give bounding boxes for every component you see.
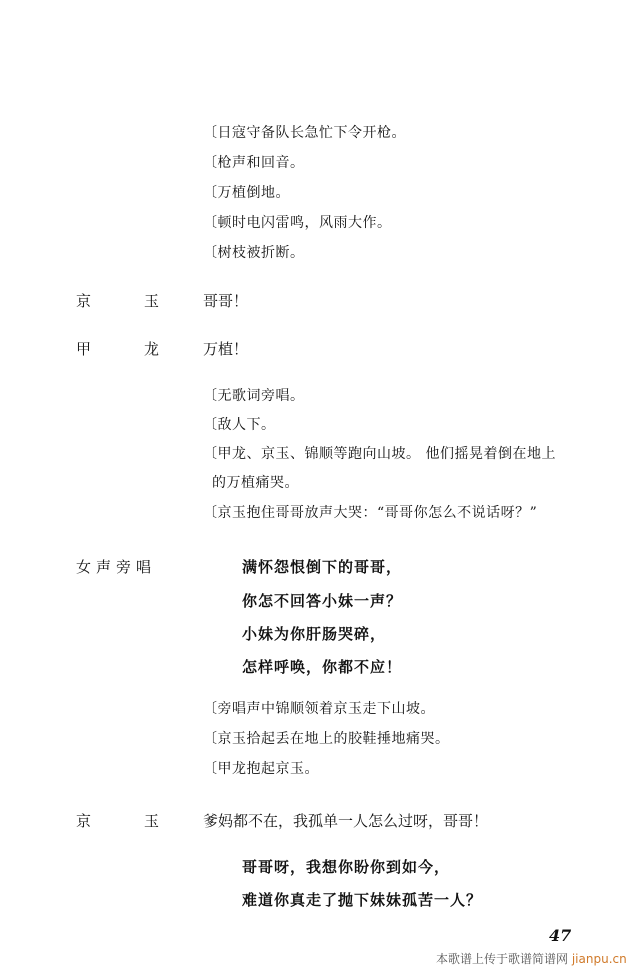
stage-direction: 〔甲龙、京玉、锦顺等跑向山坡。 他们摇晃着倒在地上 [203,443,556,463]
watermark: 本歌谱上传于歌谱简谱网 jianpu.cn [436,950,627,967]
stage-direction: 〔京玉抱住哥哥放声大哭：“哥哥你怎么不说话呀？” [203,502,537,522]
lyric-line: 你怎不回答小妹一声？ [242,590,402,611]
lyric-line: 满怀怨恨倒下的哥哥， [242,556,402,577]
role-name-char1: 京 [76,290,92,311]
stage-direction: 〔甲龙抱起京玉。 [203,758,319,778]
stage-direction: 〔枪声和回音。 [203,152,305,172]
dialogue-line: 哥哥！ [203,290,248,311]
stage-direction: 〔旁唱声中锦顺领着京玉走下山坡。 [203,698,435,718]
lyric-line: 怎样呼唤，你都不应！ [242,656,402,677]
stage-direction: 〔京玉拾起丢在地上的胶鞋捶地痛哭。 [203,728,450,748]
lyric-line: 小妹为你肝肠哭碎， [242,623,386,644]
role-name-char2: 玉 [144,290,160,311]
role-name-char1: 甲 [76,338,92,359]
stage-direction: 〔敌人下。 [203,414,276,434]
dialogue-line: 爹妈都不在，我孤单一人怎么过呀，哥哥！ [203,810,488,831]
lyric-line: 难道你真走了抛下妹妹孤苦一人？ [242,889,482,910]
lyric-line: 哥哥呀，我想你盼你到如今， [242,856,450,877]
role-name-char2: 玉 [144,810,160,831]
watermark-url[interactable]: jianpu.cn [572,952,627,966]
page-number: 47 [549,926,571,945]
stage-direction: 的万植痛哭。 [212,472,299,492]
stage-direction: 〔树枝被折断。 [203,242,305,262]
stage-direction: 〔顿时电闪雷鸣，风雨大作。 [203,212,392,232]
watermark-text: 本歌谱上传于歌谱简谱网 [436,952,568,966]
role-name-char1: 京 [76,810,92,831]
stage-direction: 〔日寇守备队长急忙下令开枪。 [203,122,406,142]
role-name-char2: 龙 [144,338,160,359]
dialogue-line: 万植！ [203,338,248,359]
singer-label: 女声旁唱 [76,556,156,577]
stage-direction: 〔无歌词旁唱。 [203,385,305,405]
stage-direction: 〔万植倒地。 [203,182,290,202]
